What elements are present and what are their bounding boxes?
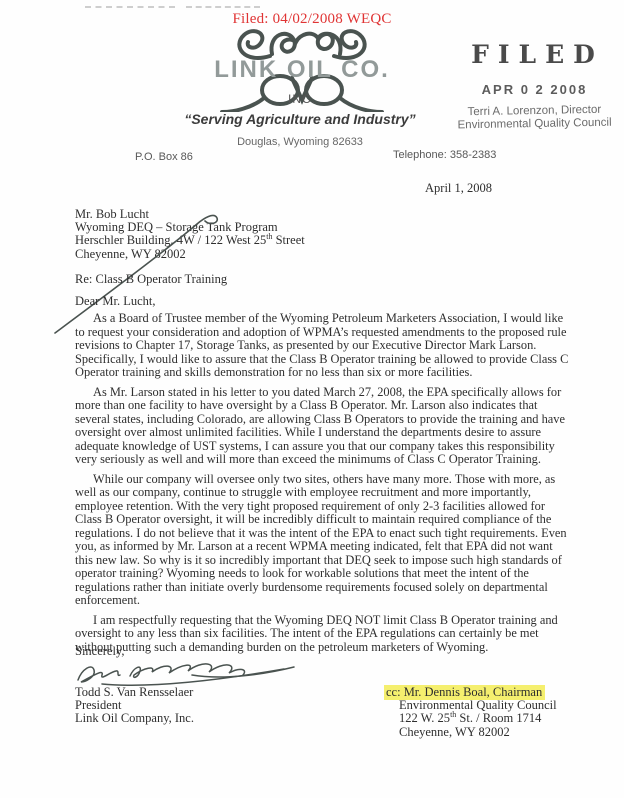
company-tagline: “Serving Agriculture and Industry” bbox=[130, 111, 470, 127]
letter-body: As a Board of Trustee member of the Wyom… bbox=[75, 312, 569, 660]
letter-date: April 1, 2008 bbox=[425, 181, 492, 196]
cc-city: Cheyenne, WY 82002 bbox=[384, 726, 557, 739]
company-city: Douglas, Wyoming 82633 bbox=[130, 136, 470, 148]
scan-artifact-dash bbox=[186, 6, 260, 8]
scanned-letter-page: Filed: 04/02/2008 WEQC LINK OI bbox=[0, 0, 624, 798]
cc-street: 122 W. 25th St. / Room 1714 bbox=[384, 712, 557, 725]
paragraph-3: While our company will oversee only two … bbox=[75, 473, 569, 608]
filed-stamp: FILED APR 0 2 2008 Terri A. Lorenzon, Di… bbox=[452, 40, 617, 131]
company-pobox: P.O. Box 86 bbox=[135, 151, 193, 163]
salutation: Dear Mr. Lucht, bbox=[75, 294, 156, 309]
signer-block: Todd S. Van Rensselaer President Link Oi… bbox=[75, 686, 194, 726]
paragraph-4: I am respectfully requesting that the Wy… bbox=[75, 614, 569, 655]
stamp-filed-text: FILED bbox=[452, 40, 617, 69]
signer-company: Link Oil Company, Inc. bbox=[75, 712, 194, 725]
scan-artifact-dash bbox=[85, 6, 175, 8]
company-telephone: Telephone: 358-2383 bbox=[393, 149, 496, 161]
company-inc: INC. bbox=[192, 92, 412, 106]
stamp-council-name: Environmental Quality Council bbox=[452, 117, 617, 133]
paragraph-1: As a Board of Trustee member of the Wyom… bbox=[75, 312, 569, 380]
stamp-date: APR 0 2 2008 bbox=[452, 82, 617, 97]
paragraph-2: As Mr. Larson stated in his letter to yo… bbox=[75, 386, 569, 467]
cc-block: cc: Mr. Dennis Boal, Chairman Environmen… bbox=[384, 686, 557, 739]
company-name: LINK OIL CO. bbox=[192, 56, 412, 84]
stamp-signature-block: Terri A. Lorenzon, Director Environmenta… bbox=[452, 104, 617, 133]
re-line: Re: Class B Operator Training bbox=[75, 272, 227, 287]
